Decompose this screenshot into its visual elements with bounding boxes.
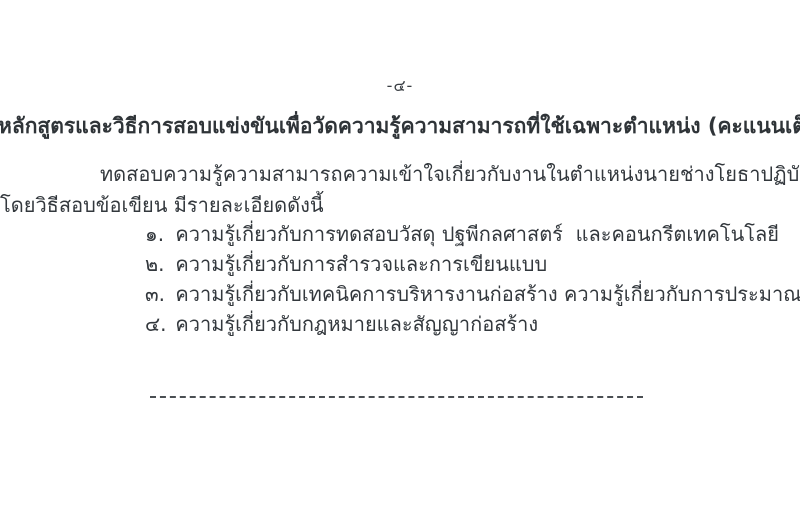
list-item: ๑. ความรู้เกี่ยวกับการทดสอบวัสดุ ปฐพีกลศ… — [145, 219, 800, 249]
list-item-number: ๔. — [145, 309, 169, 339]
paragraph-line-2: โดยวิธีสอบข้อเขียน มีรายละเอียดดังนี้ — [0, 189, 324, 221]
list-item-text: ความรู้เกี่ยวกับการทดสอบวัสดุ ปฐพีกลศาสต… — [175, 222, 779, 246]
list-item: ๒. ความรู้เกี่ยวกับการสำรวจและการเขียนแบ… — [145, 249, 800, 279]
list-item-text: ความรู้เกี่ยวกับกฎหมายและสัญญาก่อสร้าง — [175, 312, 538, 336]
section-heading: หลักสูตรและวิธีการสอบแข่งขันเพื่อวัดความ… — [0, 110, 800, 143]
list-item: ๓. ความรู้เกี่ยวกับเทคนิคการบริหารงานก่อ… — [145, 279, 800, 309]
list-item-number: ๒. — [145, 249, 169, 279]
list-item-text: ความรู้เกี่ยวกับเทคนิคการบริหารงานก่อสร้… — [175, 282, 800, 306]
list-item: ๔. ความรู้เกี่ยวกับกฎหมายและสัญญาก่อสร้า… — [145, 309, 800, 339]
list-item-text: ความรู้เกี่ยวกับการสำรวจและการเขียนแบบ — [175, 252, 547, 276]
page-number: -๔- — [0, 74, 800, 99]
list-item-number: ๓. — [145, 279, 169, 309]
list-item-number: ๑. — [145, 219, 169, 249]
dashed-divider — [150, 396, 643, 398]
document-page: -๔- หลักสูตรและวิธีการสอบแข่งขันเพื่อวัด… — [0, 0, 800, 521]
exam-topic-list: ๑. ความรู้เกี่ยวกับการทดสอบวัสดุ ปฐพีกลศ… — [145, 219, 800, 339]
paragraph-line-1: ทดสอบความรู้ความสามารถความเข้าใจเกี่ยวกั… — [100, 158, 800, 190]
